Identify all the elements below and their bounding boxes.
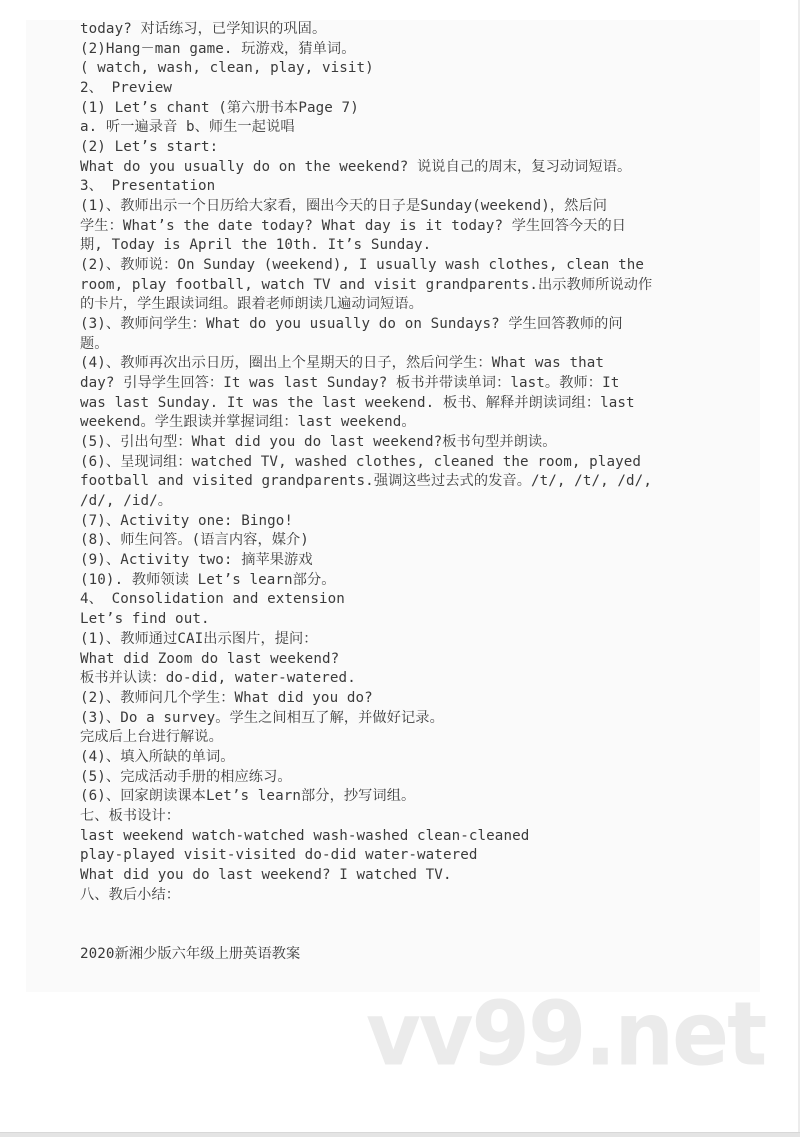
watermark: vv99.net bbox=[366, 990, 765, 1078]
text-line: room, play football, watch TV and visit … bbox=[80, 276, 760, 296]
text-line: 期, Today is April the 10th. It’s Sunday. bbox=[80, 236, 760, 256]
text-line: (2)、教师问几个学生：What did you do? bbox=[80, 689, 760, 709]
text-line: was last Sunday. It was the last weekend… bbox=[80, 394, 760, 414]
text-line: (3)、Do a survey。学生之间相互了解，并做好记录。 bbox=[80, 709, 760, 729]
text-line: (4)、填入所缺的单词。 bbox=[80, 748, 760, 768]
bottom-edge bbox=[0, 1132, 800, 1137]
text-line: (6)、回家朗读课本Let’s learn部分，抄写词组。 bbox=[80, 787, 760, 807]
text-line: play-played visit-visited do-did water-w… bbox=[80, 846, 760, 866]
blank-line bbox=[80, 925, 760, 945]
text-line: (2)、教师说：On Sunday (weekend), I usually w… bbox=[80, 256, 760, 276]
section-heading-reflection: 八、教后小结： bbox=[80, 886, 760, 906]
text-line: What did you do last weekend? I watched … bbox=[80, 866, 760, 886]
text-line: 完成后上台进行解说。 bbox=[80, 728, 760, 748]
text-line: (1) Let’s chant (第六册书本Page 7) bbox=[80, 99, 760, 119]
section-heading-presentation: 3、 Presentation bbox=[80, 177, 760, 197]
text-line: (1)、教师通过CAI出示图片，提问： bbox=[80, 630, 760, 650]
text-line: weekend。学生跟读并掌握词组：last weekend。 bbox=[80, 413, 760, 433]
document-body: today? 对话练习，已学知识的巩固。 (2)Hang－man game. 玩… bbox=[80, 20, 760, 964]
text-line: /d/, /id/。 bbox=[80, 492, 760, 512]
text-line: today? 对话练习，已学知识的巩固。 bbox=[80, 20, 760, 40]
section-heading-consolidation: 4、 Consolidation and extension bbox=[80, 590, 760, 610]
text-line: (5)、完成活动手册的相应练习。 bbox=[80, 768, 760, 788]
section-heading-board-design: 七、板书设计： bbox=[80, 807, 760, 827]
text-line: last weekend watch-watched wash-washed c… bbox=[80, 827, 760, 847]
text-line: 题。 bbox=[80, 335, 760, 355]
text-line: (4)、教师再次出示日历，圈出上个星期天的日子，然后问学生：What was t… bbox=[80, 354, 760, 374]
text-line: (5)、引出句型：What did you do last weekend?板书… bbox=[80, 433, 760, 453]
text-line: 学生：What’s the date today? What day is it… bbox=[80, 217, 760, 237]
text-line: a. 听一遍录音 b、师生一起说唱 bbox=[80, 118, 760, 138]
text-line: (2)Hang－man game. 玩游戏，猜单词。 bbox=[80, 40, 760, 60]
text-line: ( watch, wash, clean, play, visit) bbox=[80, 59, 760, 79]
text-line: Let’s find out. bbox=[80, 610, 760, 630]
text-line: (1)、教师出示一个日历给大家看，圈出今天的日子是Sunday(weekend)… bbox=[80, 197, 760, 217]
text-line: (2) Let’s start: bbox=[80, 138, 760, 158]
document-footer-title: 2020新湘少版六年级上册英语教案 bbox=[80, 945, 760, 965]
text-line: What do you usually do on the weekend? 说… bbox=[80, 158, 760, 178]
text-line: (10). 教师领读 Let’s learn部分。 bbox=[80, 571, 760, 591]
text-line: football and visited grandparents.强调这些过去… bbox=[80, 472, 760, 492]
blank-line bbox=[80, 905, 760, 925]
text-line: 的卡片，学生跟读词组。跟着老师朗读几遍动词短语。 bbox=[80, 295, 760, 315]
text-line: (3)、教师问学生：What do you usually do on Sund… bbox=[80, 315, 760, 335]
section-heading-preview: 2、 Preview bbox=[80, 79, 760, 99]
text-line: (7)、Activity one: Bingo! bbox=[80, 512, 760, 532]
text-line: 板书并认读：do-did, water-watered. bbox=[80, 669, 760, 689]
text-line: What did Zoom do last weekend? bbox=[80, 650, 760, 670]
text-line: (9)、Activity two: 摘苹果游戏 bbox=[80, 551, 760, 571]
text-line: (6)、呈现词组：watched TV, washed clothes, cle… bbox=[80, 453, 760, 473]
text-line: (8)、师生问答。(语言内容，媒介) bbox=[80, 531, 760, 551]
text-line: day? 引导学生回答：It was last Sunday? 板书并带读单词：… bbox=[80, 374, 760, 394]
